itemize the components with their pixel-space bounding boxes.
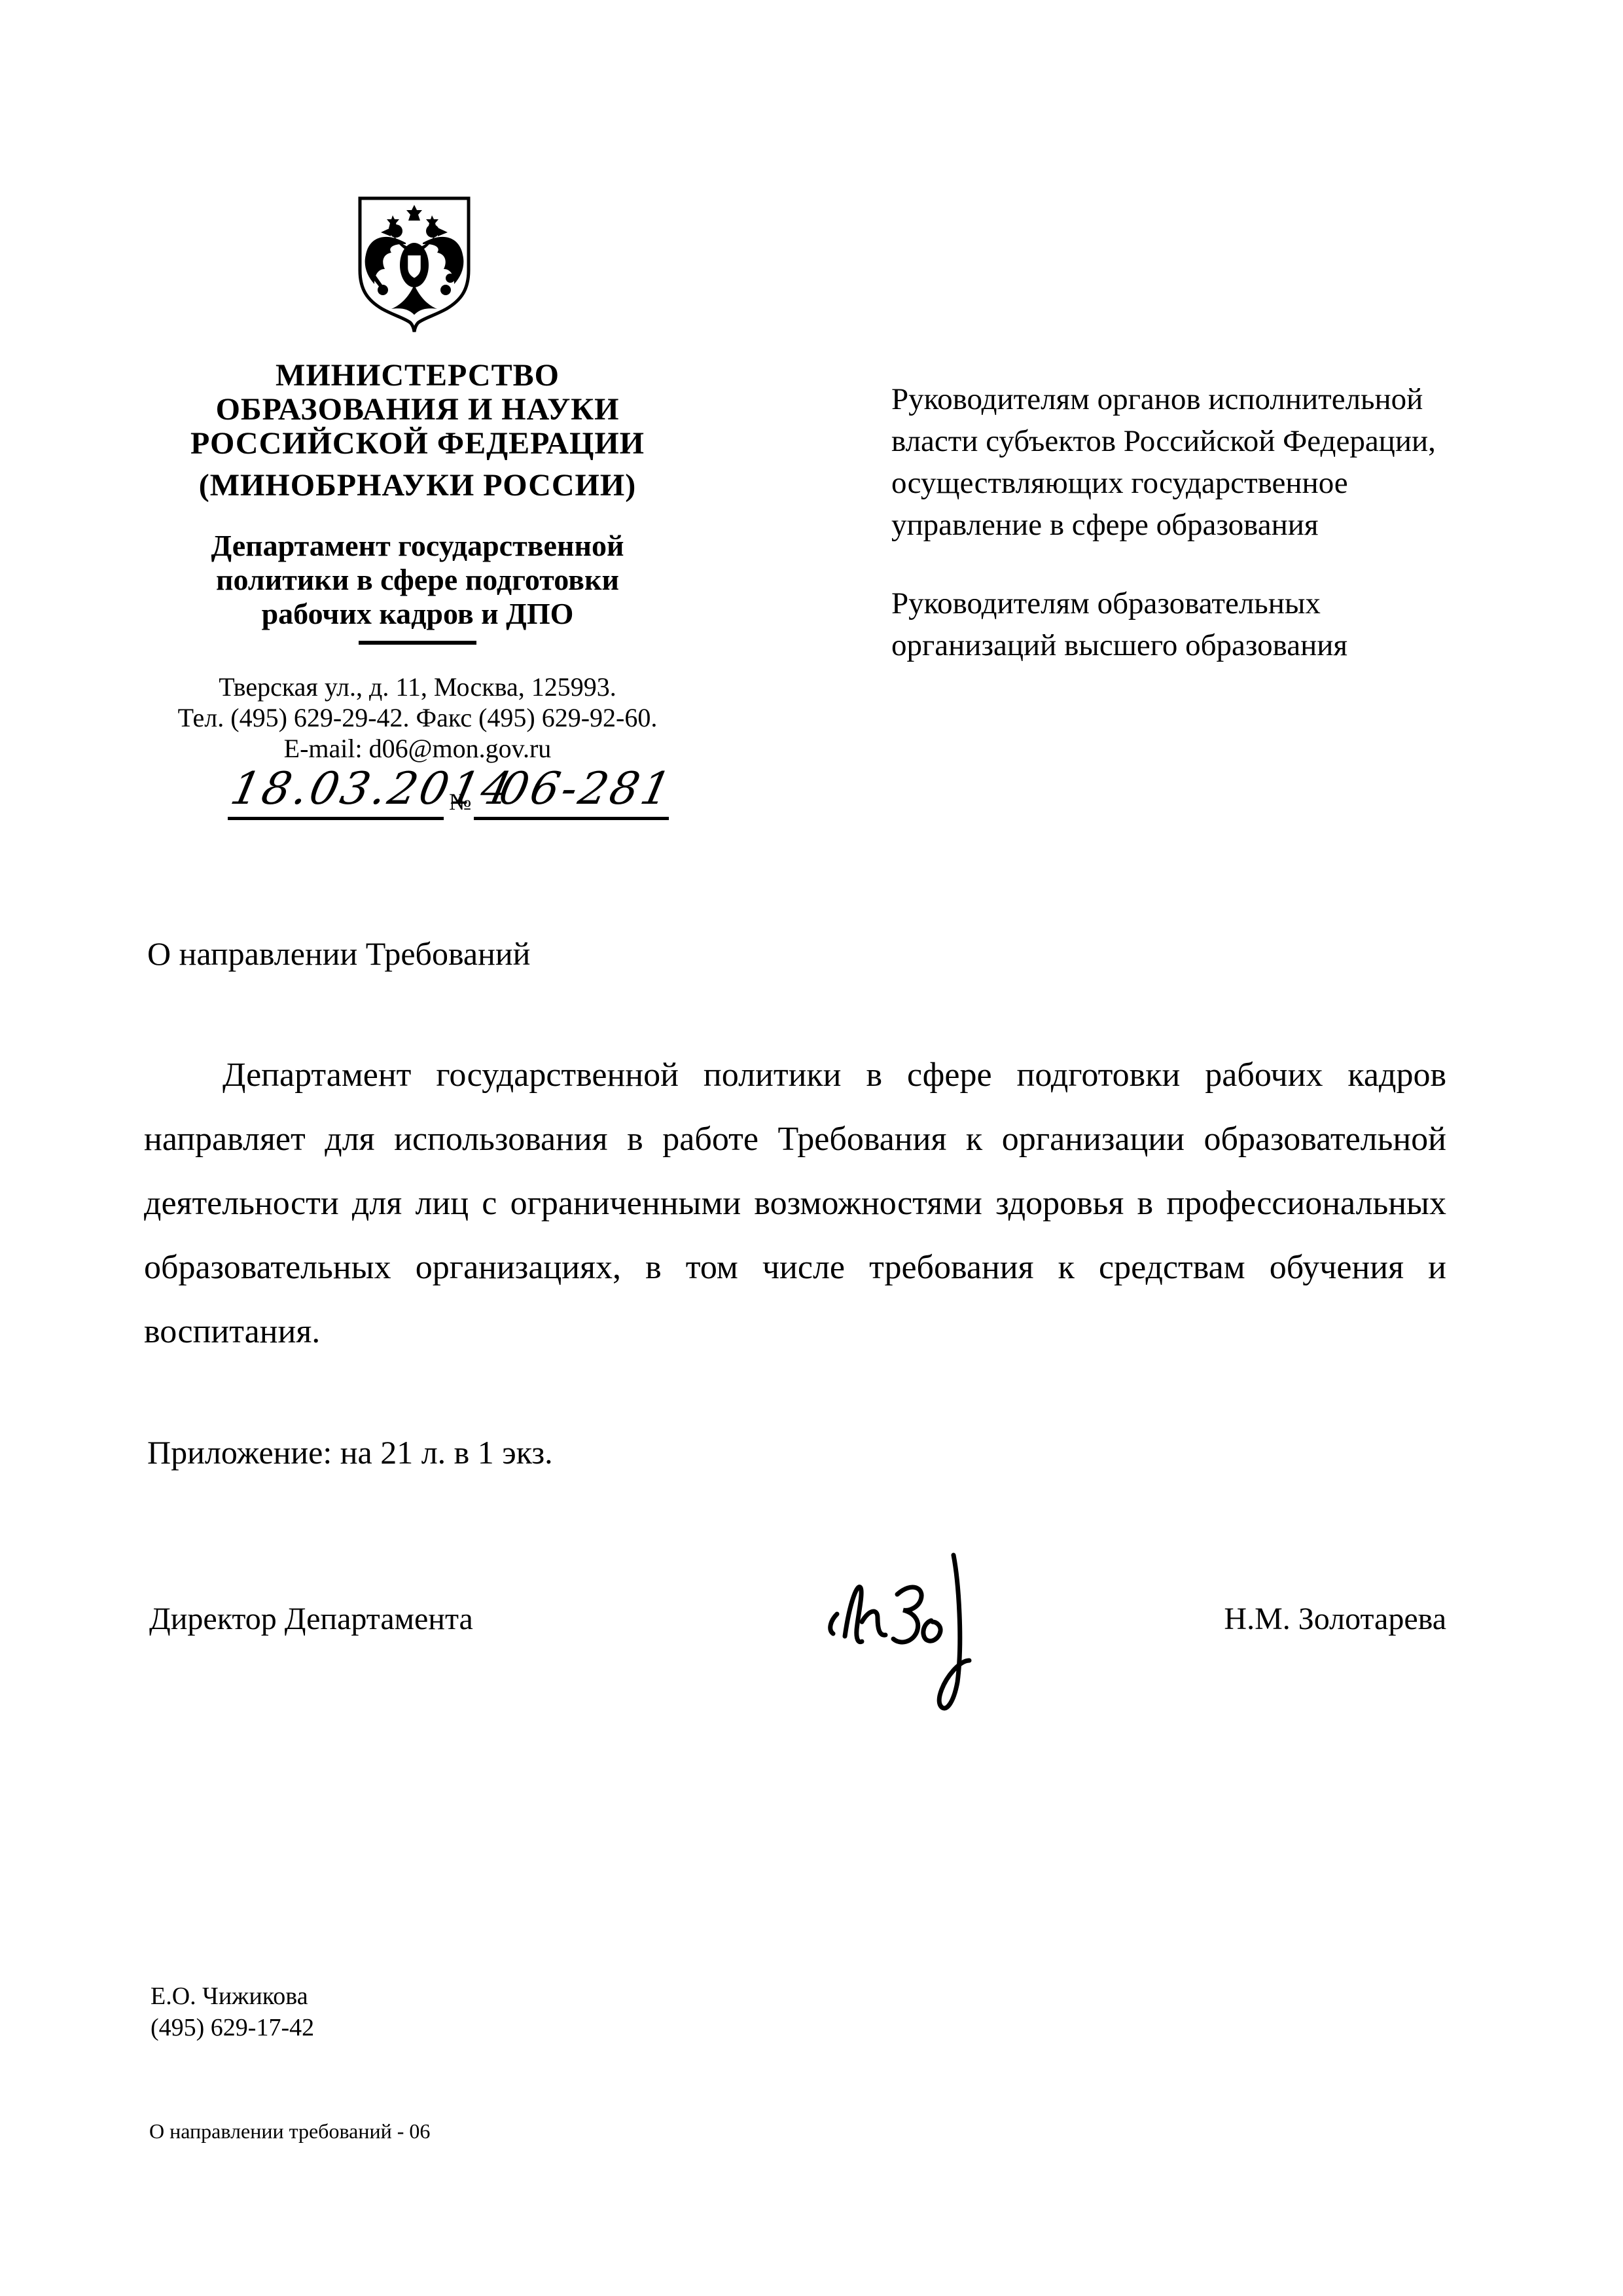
ministry-name-line3: РОССИЙСКОЙ ФЕДЕРАЦИИ [156, 427, 679, 461]
ministry-name-line2: ОБРАЗОВАНИЯ И НАУКИ [156, 393, 679, 427]
executor-name: Е.О. Чижикова [151, 1981, 314, 2012]
body-paragraph: Департамент государственной политики в с… [144, 1043, 1446, 1364]
letterhead-divider-rule [359, 641, 476, 645]
footer-file-reference: О направлении требований - 06 [149, 2119, 430, 2144]
signer-title: Директор Департамента [149, 1601, 473, 1637]
recipient-group-2: Руководителям образовательных организаци… [891, 583, 1448, 666]
department-name-line2: политики в сфере подготовки [156, 563, 679, 597]
recipient-group-1: Руководителям органов исполнительной вла… [891, 378, 1448, 546]
russia-coat-of-arms-icon [352, 192, 476, 334]
executor-block: Е.О. Чижикова (495) 629-17-42 [151, 1981, 314, 2043]
date-field: 18.03.2014 [228, 759, 444, 820]
signer-name: Н.М. Золотарева [1126, 1601, 1446, 1637]
number-sign: № [449, 788, 471, 816]
ministry-short-name: (МИНОБРНАУКИ РОССИИ) [156, 469, 679, 503]
outgoing-number-field: 06-281 [474, 759, 669, 820]
recipients-block: Руководителям органов исполнительной вла… [891, 378, 1448, 666]
department-name-line3: рабочих кадров и ДПО [156, 597, 679, 631]
address-line: Тверская ул., д. 11, Москва, 125993. [156, 672, 679, 702]
handwritten-signature [823, 1537, 1008, 1733]
executor-phone: (495) 629-17-42 [151, 2012, 314, 2043]
attachment-line: Приложение: на 21 л. в 1 экз. [147, 1433, 553, 1471]
letterhead-block: МИНИСТЕРСТВО ОБРАЗОВАНИЯ И НАУКИ РОССИЙС… [156, 359, 679, 631]
department-name-line1: Департамент государственной [156, 529, 679, 563]
ministry-name-line1: МИНИСТЕРСТВО [156, 359, 679, 393]
scanned-letter-page: МИНИСТЕРСТВО ОБРАЗОВАНИЯ И НАУКИ РОССИЙС… [0, 0, 1623, 2296]
letterhead-address-block: Тверская ул., д. 11, Москва, 125993. Тел… [156, 672, 679, 764]
subject-line: О направлении Требований [147, 935, 530, 973]
handwritten-number: 06-281 [495, 763, 678, 815]
phone-fax-line: Тел. (495) 629-29-42. Факс (495) 629-92-… [156, 702, 679, 733]
